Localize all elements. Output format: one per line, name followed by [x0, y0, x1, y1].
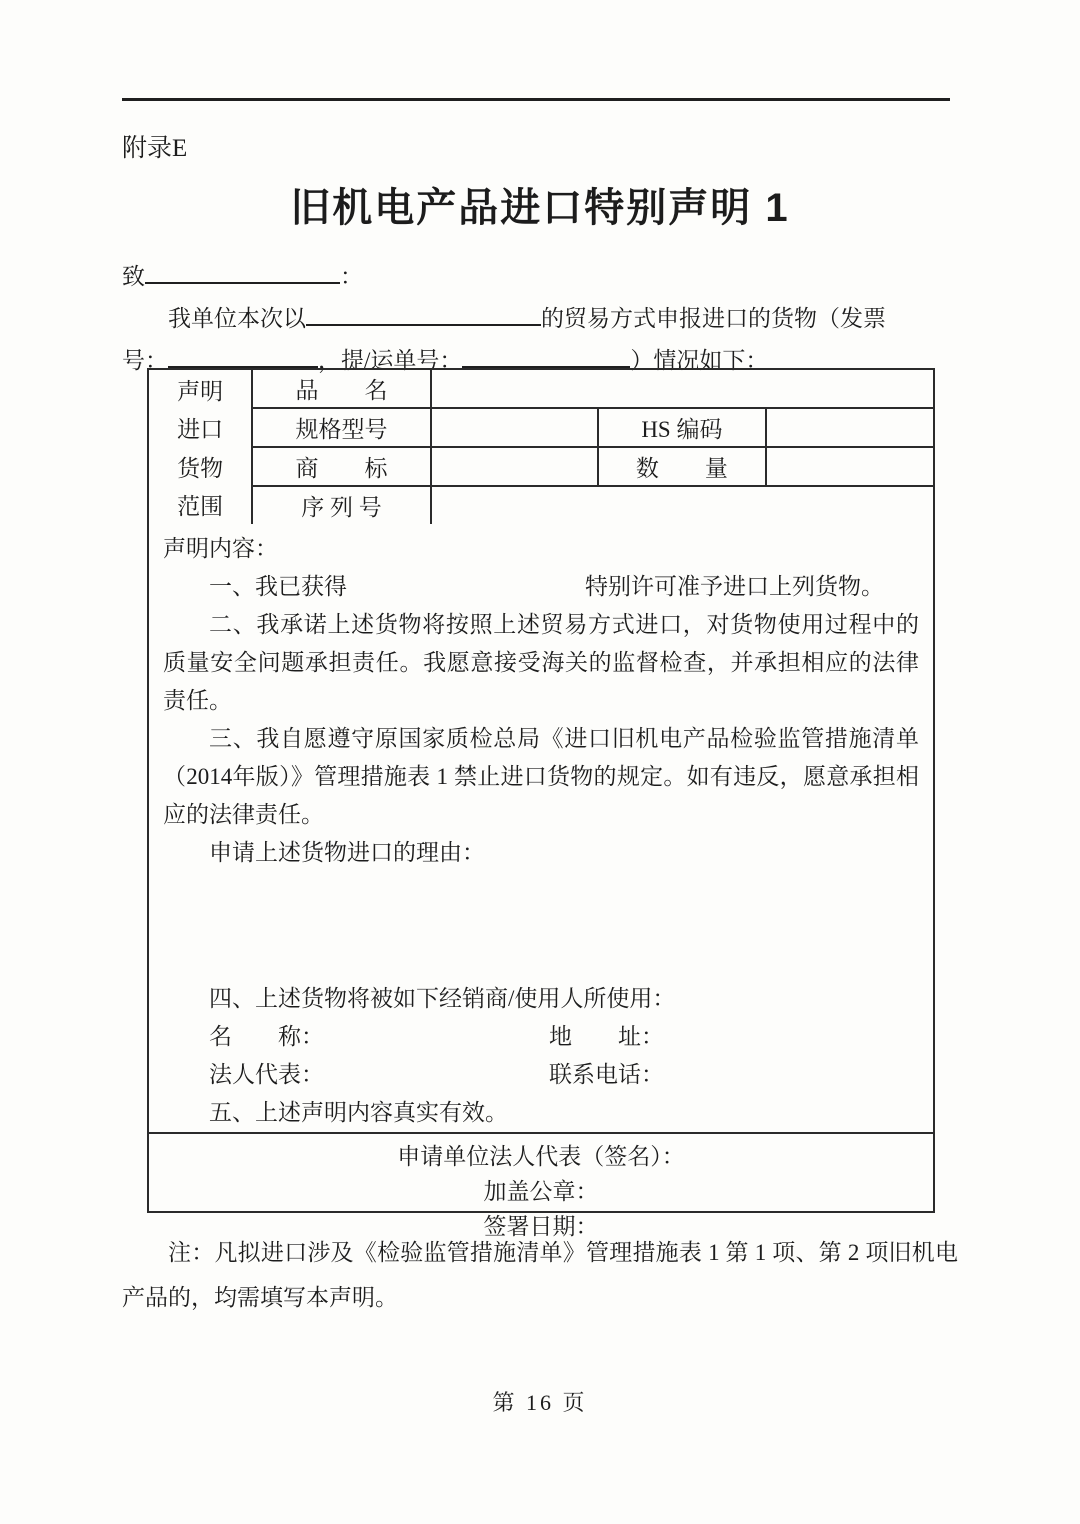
scope-word-1: 声明 [155, 373, 245, 406]
table-row: 商 标 数 量 [149, 447, 933, 486]
declaration-item-5: 五、上述声明内容真实有效。 [163, 1094, 919, 1132]
rep-signature-label: 申请单位法人代表（签名）： [149, 1139, 933, 1174]
spec-model-value-cell [431, 408, 598, 447]
serial-number-label: 序 列 号 [252, 486, 431, 524]
appendix-label: 附录E [122, 128, 187, 164]
item1-suffix: 特别许可准予进口上列货物。 [585, 574, 884, 599]
scope-header-cell: 声明 进口 货物 范围 [149, 370, 252, 524]
table-row: 声明 进口 货物 范围 品 名 [149, 370, 933, 408]
invoice-no-blank [168, 342, 318, 368]
document-page: 附录E 旧机电产品进口特别声明 1 致： 我单位本次以的贸易方式申报进口的货物（… [0, 0, 1080, 1524]
trade-mode-prefix: 我单位本次以 [168, 306, 306, 331]
permit-blank [347, 571, 585, 594]
addressee-colon: ： [340, 264, 363, 289]
reason-label: 申请上述货物进口的理由： [163, 834, 919, 872]
declaration-item-3: 三、我自愿遵守原国家质检总局《进口旧机电产品检验监管措施清单（2014年版）》管… [163, 720, 919, 834]
page-number: 第 16 页 [0, 1386, 1080, 1417]
declaration-item-1: 一、我已获得特别许可准予进口上列货物。 [163, 568, 919, 606]
quantity-label: 数 量 [598, 447, 765, 486]
dealer-name-label: 名 称： [209, 1018, 549, 1056]
declaration-content: 声明内容： 一、我已获得特别许可准予进口上列货物。 二、我承诺上述货物将按照上述… [149, 524, 933, 1132]
product-name-label: 品 名 [252, 370, 431, 408]
hs-code-value-cell [766, 408, 933, 447]
quantity-value-cell [766, 447, 933, 486]
declaration-item-2: 二、我承诺上述货物将按照上述贸易方式进口，对货物使用过程中的质量安全问题承担责任… [163, 606, 919, 720]
page-title: 旧机电产品进口特别声明 1 [0, 176, 1080, 233]
intro-line-trade-mode: 我单位本次以的贸易方式申报进口的货物（发票 [122, 298, 954, 340]
declaration-item-4: 四、上述货物将被如下经销商/使用人所使用： [163, 980, 919, 1018]
serial-number-value-cell [431, 486, 933, 524]
scope-word-3: 货物 [155, 450, 245, 483]
item1-prefix: 一、我已获得 [209, 574, 347, 599]
trade-mode-suffix: 的贸易方式申报进口的货物（发票 [541, 306, 886, 331]
legal-rep-label: 法人代表： [209, 1056, 549, 1094]
table-row: 序 列 号 [149, 486, 933, 524]
scope-word-4: 范围 [155, 488, 245, 521]
declaration-heading: 声明内容： [163, 530, 919, 568]
legal-rep-phone-line: 法人代表：联系电话： [163, 1056, 919, 1094]
reason-blank-area [163, 872, 919, 980]
addressee-prefix: 致 [122, 264, 145, 289]
dealer-name-address-line: 名 称：地 址： [163, 1018, 919, 1056]
table-row: 规格型号 HS 编码 [149, 408, 933, 447]
phone-label: 联系电话： [549, 1062, 664, 1087]
official-seal-label: 加盖公章： [149, 1174, 933, 1209]
intro-section: 致： 我单位本次以的贸易方式申报进口的货物（发票 号：，提/运单号：）情况如下： [122, 256, 954, 382]
trade-mode-blank [306, 300, 541, 326]
hs-code-label: HS 编码 [598, 408, 765, 447]
dealer-address-label: 地 址： [549, 1024, 664, 1049]
goods-table: 声明 进口 货物 范围 品 名 规格型号 HS 编码 商 标 数 量 [149, 370, 933, 524]
scope-word-2: 进口 [155, 411, 245, 444]
product-name-value-cell [431, 370, 933, 408]
trademark-label: 商 标 [252, 447, 431, 486]
declaration-form-box: 声明 进口 货物 范围 品 名 规格型号 HS 编码 商 标 数 量 [147, 368, 935, 1213]
spec-model-label: 规格型号 [252, 408, 431, 447]
footnote: 注：凡拟进口涉及《检验监管措施清单》管理措施表 1 第 1 项、第 2 项旧机电… [122, 1230, 958, 1320]
bill-no-blank [462, 342, 630, 368]
addressee-blank [145, 258, 340, 284]
header-rule [122, 98, 950, 101]
intro-line-addressee: 致： [122, 256, 954, 298]
trademark-value-cell [431, 447, 598, 486]
